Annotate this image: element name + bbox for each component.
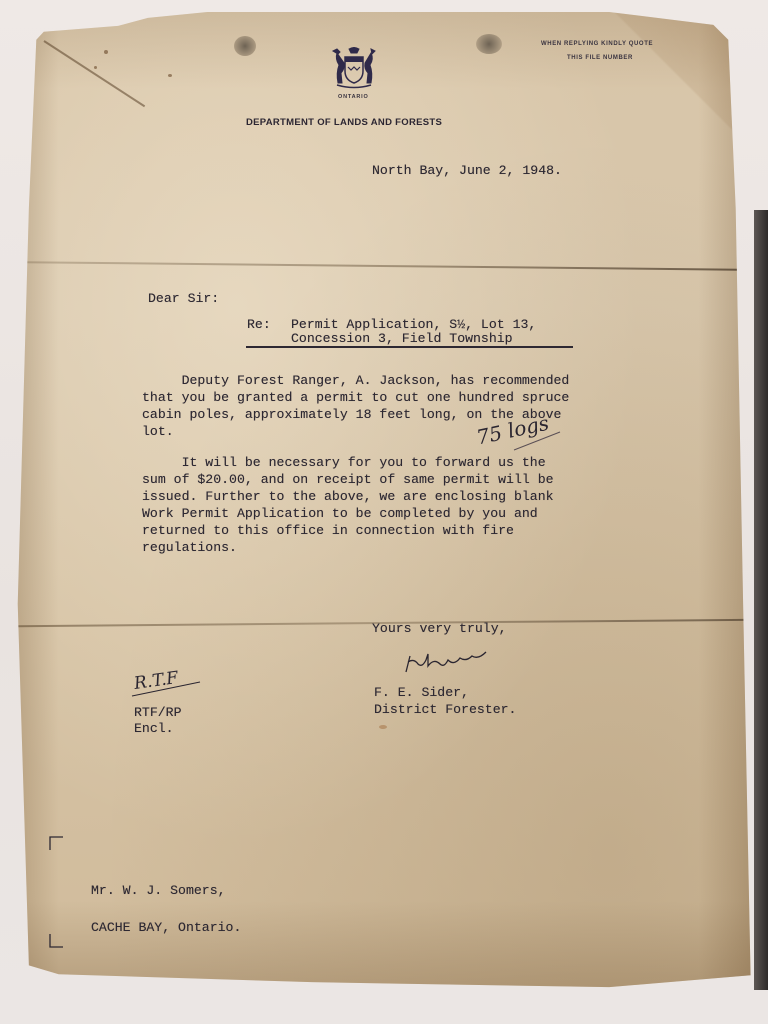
reply-note-line-2: THIS FILE NUMBER [567, 55, 633, 61]
signatory-name: F. E. Sider, [374, 684, 469, 702]
stain-spot [104, 50, 108, 54]
underlying-object-edge [754, 210, 768, 990]
dateline: North Bay, June 2, 1948. [372, 162, 562, 180]
paragraph-line: It will be necessary for you to forward … [142, 454, 546, 472]
department-name: DEPARTMENT OF LANDS AND FORESTS [246, 117, 442, 128]
crest-label: ONTARIO [338, 94, 369, 100]
recipient-location: CACHE BAY, Ontario. [91, 919, 241, 937]
signatory-title: District Forester. [374, 701, 516, 719]
paragraph-line: sum of $20.00, and on receipt of same pe… [142, 471, 554, 489]
closing: Yours very truly, [372, 620, 507, 638]
punch-hole-left [234, 36, 256, 56]
stain-spot [168, 74, 172, 77]
enclosure-note: Encl. [134, 720, 174, 738]
re-underline [246, 346, 573, 348]
re-label: Re: [247, 316, 271, 334]
paragraph-line: that you be granted a permit to cut one … [142, 389, 569, 407]
re-line-2: Concession 3, Field Township [291, 330, 513, 348]
annotation-stroke [512, 428, 562, 452]
stain-spot [379, 725, 387, 729]
paragraph-line: Work Permit Application to be completed … [142, 505, 538, 523]
reference-initials: RTF/RP [134, 704, 181, 722]
ontario-coat-of-arms-icon [329, 47, 379, 89]
address-window-corner-bottom [49, 934, 63, 948]
recipient-name: Mr. W. J. Somers, [91, 882, 226, 900]
paragraph-line: returned to this office in connection wi… [142, 522, 514, 540]
address-window-corner-top [49, 836, 63, 850]
stain-spot [94, 66, 97, 69]
paragraph-line: lot. [142, 423, 174, 441]
punch-hole-right [476, 34, 502, 54]
initials-underline [130, 680, 202, 698]
reply-note-line-1: WHEN REPLYING KINDLY QUOTE [541, 41, 653, 47]
paragraph-line: Deputy Forest Ranger, A. Jackson, has re… [142, 372, 569, 390]
salutation: Dear Sir: [148, 290, 219, 308]
paragraph-line: issued. Further to the above, we are enc… [142, 488, 554, 506]
paragraph-line: regulations. [142, 539, 237, 557]
signature-icon [402, 648, 497, 676]
